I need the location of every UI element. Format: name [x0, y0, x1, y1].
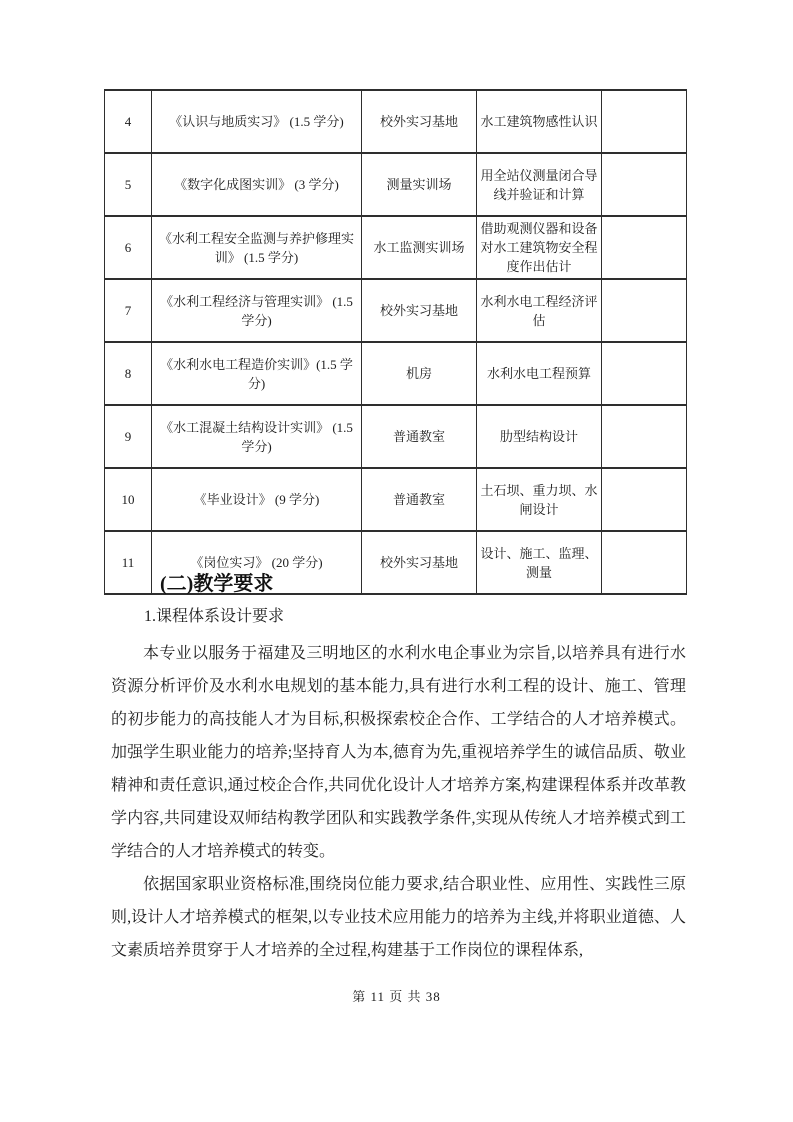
cell-training-location: 校外实习基地	[362, 279, 477, 342]
cell-row-number: 4	[105, 90, 152, 153]
cell-training-location: 水工监测实训场	[362, 216, 477, 279]
section-heading: (二)教学要求	[111, 571, 711, 598]
cell-training-content: 水工建筑物感性认识	[477, 90, 602, 153]
cell-training-location: 普通教室	[362, 468, 477, 531]
training-course-table: 4 《认识与地质实习》 (1.5 学分) 校外实习基地 水工建筑物感性认识 5 …	[104, 89, 687, 595]
cell-note	[602, 153, 687, 216]
paragraph-1: 本专业以服务于福建及三明地区的水利水电企事业为宗旨,以培养具有进行水资源分析评价…	[111, 637, 686, 868]
cell-row-number: 10	[105, 468, 152, 531]
cell-course-name: 《水利工程安全监测与养护修理实训》 (1.5 学分)	[152, 216, 362, 279]
page-footer: 第 11 页 共 38	[0, 988, 793, 1006]
table-row: 8 《水利水电工程造价实训》(1.5 学分) 机房 水利水电工程预算	[105, 342, 687, 405]
cell-row-number: 6	[105, 216, 152, 279]
cell-training-location: 机房	[362, 342, 477, 405]
cell-note	[602, 468, 687, 531]
cell-row-number: 8	[105, 342, 152, 405]
cell-training-content: 土石坝、重力坝、水闸设计	[477, 468, 602, 531]
cell-course-name: 《认识与地质实习》 (1.5 学分)	[152, 90, 362, 153]
cell-training-content: 借助观测仪器和设备对水工建筑物安全程度作出估计	[477, 216, 602, 279]
subsection-title: 1.课程体系设计要求	[111, 603, 711, 630]
cell-course-name: 《水利水电工程造价实训》(1.5 学分)	[152, 342, 362, 405]
cell-training-content: 用全站仪测量闭合导线并验证和计算	[477, 153, 602, 216]
cell-training-location: 校外实习基地	[362, 90, 477, 153]
body-text: 本专业以服务于福建及三明地区的水利水电企事业为宗旨,以培养具有进行水资源分析评价…	[111, 637, 686, 967]
cell-note	[602, 279, 687, 342]
cell-note	[602, 405, 687, 468]
cell-course-name: 《毕业设计》 (9 学分)	[152, 468, 362, 531]
cell-training-content: 水利水电工程经济评估	[477, 279, 602, 342]
paragraph-2: 依据国家职业资格标准,围绕岗位能力要求,结合职业性、应用性、实践性三原则,设计人…	[111, 868, 686, 967]
cell-training-content: 肋型结构设计	[477, 405, 602, 468]
cell-note	[602, 342, 687, 405]
table-row: 7 《水利工程经济与管理实训》 (1.5 学分) 校外实习基地 水利水电工程经济…	[105, 279, 687, 342]
cell-note	[602, 216, 687, 279]
cell-row-number: 7	[105, 279, 152, 342]
cell-row-number: 9	[105, 405, 152, 468]
cell-course-name: 《数字化成图实训》 (3 学分)	[152, 153, 362, 216]
table-row: 4 《认识与地质实习》 (1.5 学分) 校外实习基地 水工建筑物感性认识	[105, 90, 687, 153]
cell-note	[602, 90, 687, 153]
cell-training-location: 普通教室	[362, 405, 477, 468]
table-row: 5 《数字化成图实训》 (3 学分) 测量实训场 用全站仪测量闭合导线并验证和计…	[105, 153, 687, 216]
table-row: 9 《水工混凝土结构设计实训》 (1.5 学分) 普通教室 肋型结构设计	[105, 405, 687, 468]
cell-row-number: 5	[105, 153, 152, 216]
table-row: 6 《水利工程安全监测与养护修理实训》 (1.5 学分) 水工监测实训场 借助观…	[105, 216, 687, 279]
cell-training-location: 测量实训场	[362, 153, 477, 216]
table-row: 10 《毕业设计》 (9 学分) 普通教室 土石坝、重力坝、水闸设计	[105, 468, 687, 531]
table-body: 4 《认识与地质实习》 (1.5 学分) 校外实习基地 水工建筑物感性认识 5 …	[105, 90, 687, 594]
document-page: 4 《认识与地质实习》 (1.5 学分) 校外实习基地 水工建筑物感性认识 5 …	[0, 0, 793, 1122]
cell-course-name: 《水利工程经济与管理实训》 (1.5 学分)	[152, 279, 362, 342]
cell-training-content: 水利水电工程预算	[477, 342, 602, 405]
cell-course-name: 《水工混凝土结构设计实训》 (1.5 学分)	[152, 405, 362, 468]
